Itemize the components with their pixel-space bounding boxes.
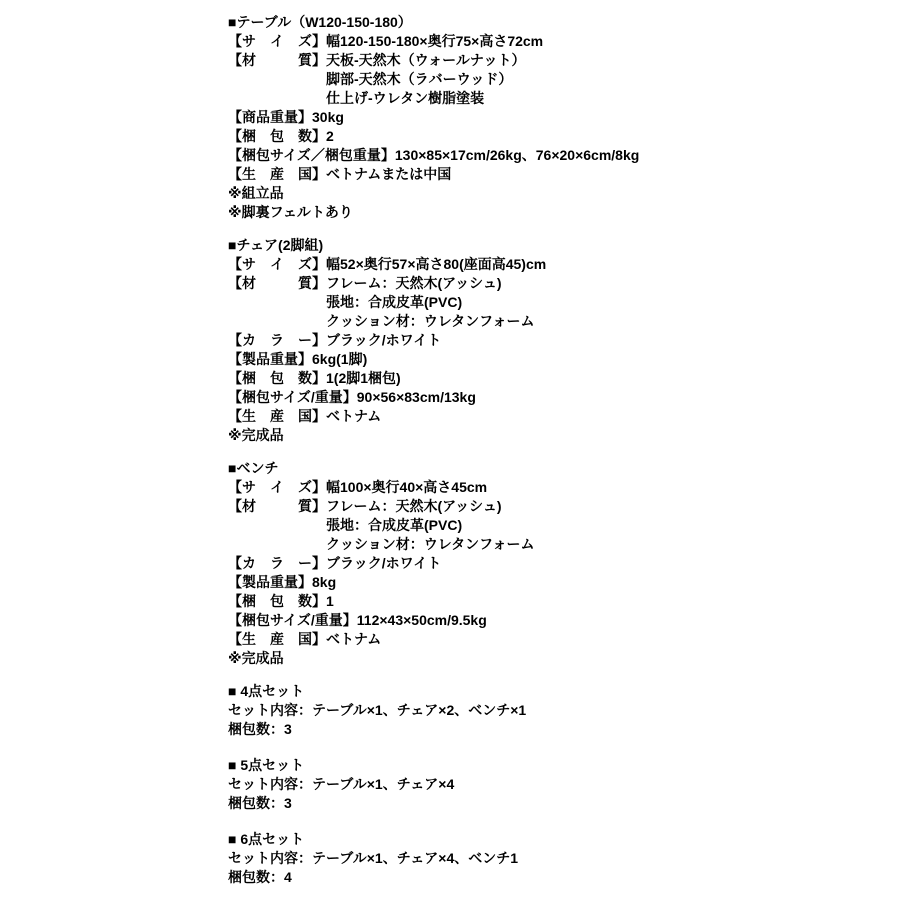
section-chair-spec: ■チェア(2脚組)【サ イ ズ】幅52×奥行57×高さ80(座面高45)cm【材… xyxy=(228,236,888,445)
spec-line: 【梱 包 数】1 xyxy=(228,592,888,611)
spec-line: ■ 4点セット xyxy=(228,682,888,701)
spec-line: ※完成品 xyxy=(228,649,888,668)
spec-line: 【生 産 国】ベトナム xyxy=(228,630,888,649)
spec-line: ※完成品 xyxy=(228,426,888,445)
spec-line: 張地：合成皮革(PVC) xyxy=(228,293,888,312)
section-6piece-set: ■ 6点セットセット内容：テーブル×1、チェア×4、ベンチ1梱包数：4 xyxy=(228,830,888,887)
spec-line: 張地：合成皮革(PVC) xyxy=(228,516,888,535)
spec-line: 【カ ラ ー】ブラック/ホワイト xyxy=(228,331,888,350)
spec-content: ■テーブル（W120-150-180）【サ イ ズ】幅120-150-180×奥… xyxy=(228,13,888,900)
spec-line: 【サ イ ズ】幅100×奥行40×高さ45cm xyxy=(228,478,888,497)
section-4piece-set: ■ 4点セットセット内容：テーブル×1、チェア×2、ベンチ×1梱包数：3 xyxy=(228,682,888,739)
spec-line: セット内容：テーブル×1、チェア×2、ベンチ×1 xyxy=(228,701,888,720)
spec-line: ※組立品 xyxy=(228,184,888,203)
spec-line: 【商品重量】30kg xyxy=(228,108,888,127)
spec-line: 脚部-天然木（ラバーウッド） xyxy=(228,70,888,89)
spec-line: ※脚裏フェルトあり xyxy=(228,203,888,222)
spec-line: クッション材：ウレタンフォーム xyxy=(228,535,888,554)
spec-line: 梱包数：3 xyxy=(228,720,888,739)
spec-line: 【材 質】フレーム：天然木(アッシュ) xyxy=(228,274,888,293)
spec-line: 【梱包サイズ/重量】112×43×50cm/9.5kg xyxy=(228,611,888,630)
spec-line: 【サ イ ズ】幅52×奥行57×高さ80(座面高45)cm xyxy=(228,255,888,274)
section-5piece-set: ■ 5点セットセット内容：テーブル×1、チェア×4梱包数：3 xyxy=(228,756,888,813)
spec-line: 【カ ラ ー】ブラック/ホワイト xyxy=(228,554,888,573)
spec-line: ■テーブル（W120-150-180） xyxy=(228,13,888,32)
spec-line: ■ 6点セット xyxy=(228,830,888,849)
spec-line: セット内容：テーブル×1、チェア×4 xyxy=(228,775,888,794)
spec-line: 梱包数：4 xyxy=(228,868,888,887)
spec-line: 【製品重量】8kg xyxy=(228,573,888,592)
spec-line: クッション材：ウレタンフォーム xyxy=(228,312,888,331)
spec-line: 【生 産 国】ベトナムまたは中国 xyxy=(228,165,888,184)
section-table-spec: ■テーブル（W120-150-180）【サ イ ズ】幅120-150-180×奥… xyxy=(228,13,888,222)
spec-line: セット内容：テーブル×1、チェア×4、ベンチ1 xyxy=(228,849,888,868)
spec-line: ■チェア(2脚組) xyxy=(228,236,888,255)
spec-line: 梱包数：3 xyxy=(228,794,888,813)
spec-line: 仕上げ-ウレタン樹脂塗装 xyxy=(228,89,888,108)
section-bench-spec: ■ベンチ【サ イ ズ】幅100×奥行40×高さ45cm【材 質】フレーム：天然木… xyxy=(228,459,888,668)
spec-line: ■ベンチ xyxy=(228,459,888,478)
spec-line: 【梱包サイズ／梱包重量】130×85×17cm/26kg、76×20×6cm/8… xyxy=(228,146,888,165)
spec-line: 【材 質】フレーム：天然木(アッシュ) xyxy=(228,497,888,516)
spec-line: 【生 産 国】ベトナム xyxy=(228,407,888,426)
product-spec-sheet: ■テーブル（W120-150-180）【サ イ ズ】幅120-150-180×奥… xyxy=(0,0,900,900)
spec-line: ■ 5点セット xyxy=(228,756,888,775)
spec-line: 【製品重量】6kg(1脚) xyxy=(228,350,888,369)
spec-line: 【梱包サイズ/重量】90×56×83cm/13kg xyxy=(228,388,888,407)
spec-line: 【材 質】天板-天然木（ウォールナット） xyxy=(228,51,888,70)
spec-line: 【梱 包 数】2 xyxy=(228,127,888,146)
spec-line: 【梱 包 数】1(2脚1梱包) xyxy=(228,369,888,388)
spec-line: 【サ イ ズ】幅120-150-180×奥行75×高さ72cm xyxy=(228,32,888,51)
